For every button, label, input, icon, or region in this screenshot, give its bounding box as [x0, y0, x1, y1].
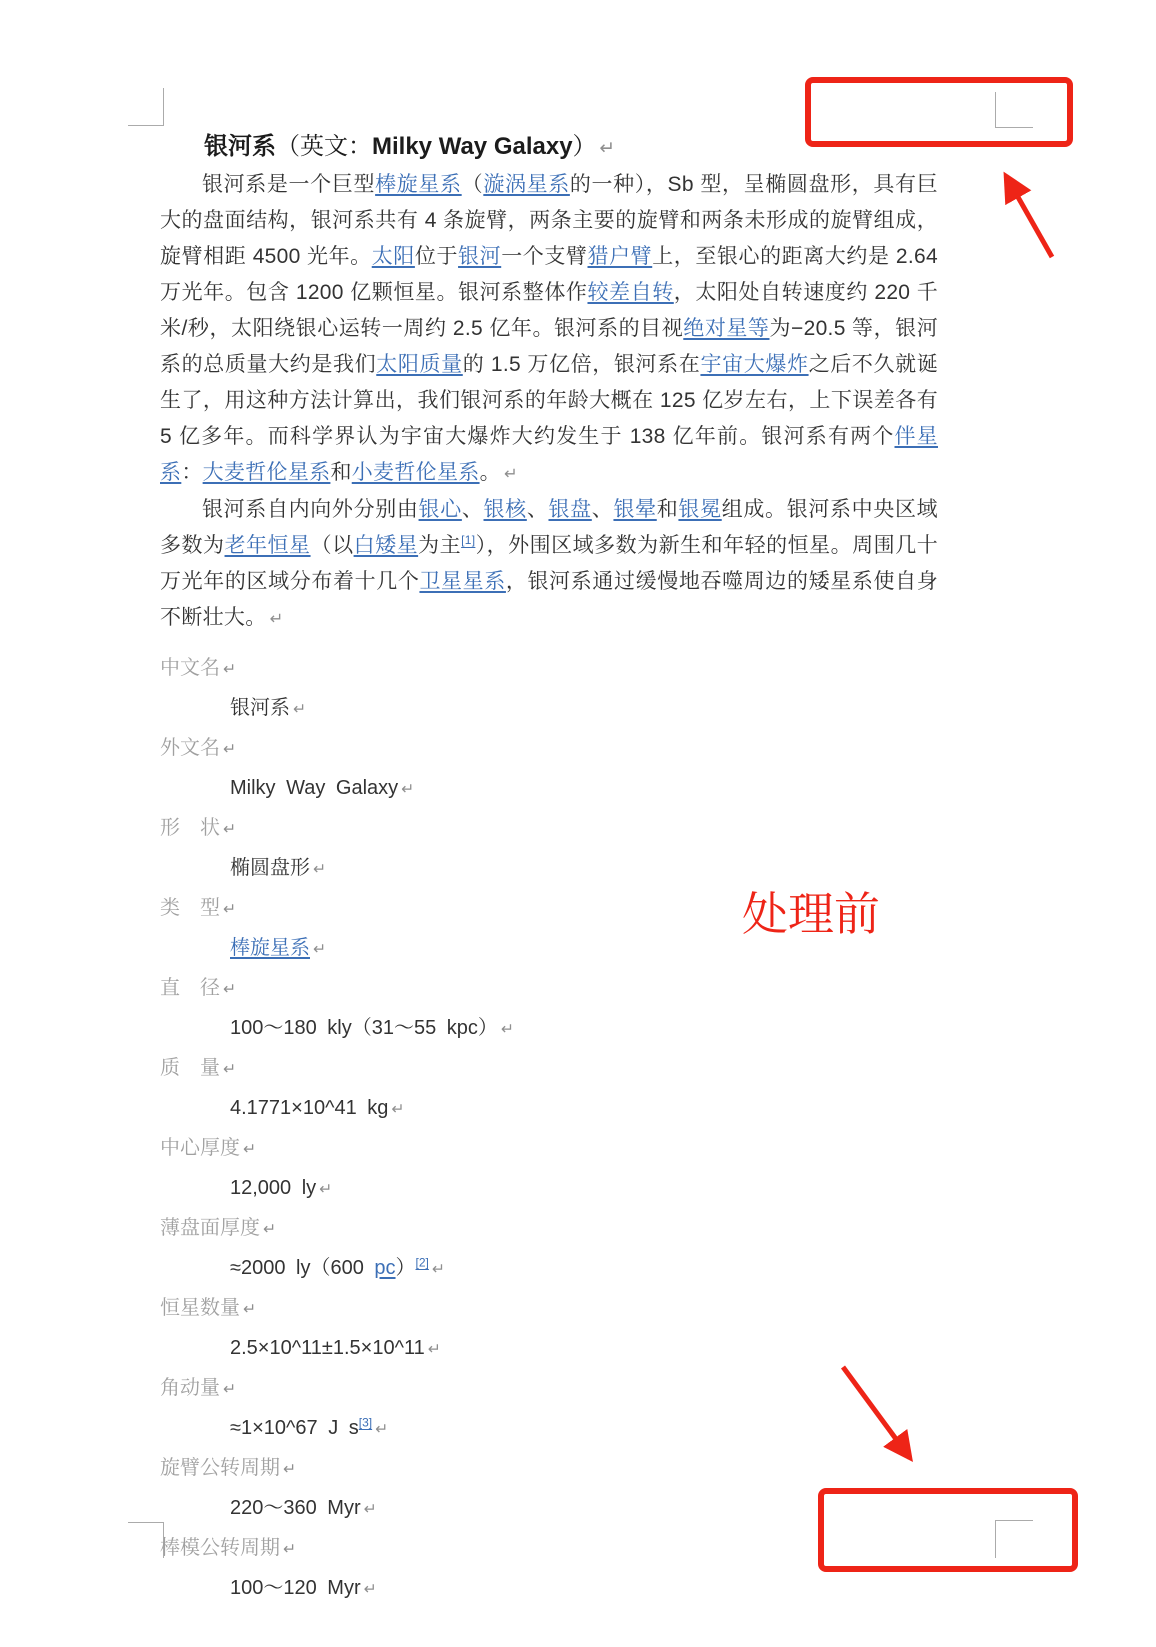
property-value: 12,000 ly [230, 1177, 316, 1199]
property-value-line: 100～120 Myr↵ [160, 1569, 938, 1609]
title-paren-open: （英文： [276, 133, 372, 160]
property-row: 直 径↵ 100～180 kly（31～55 kpc）↵ [160, 969, 938, 1049]
property-value-line: ≈2000 ly（600 pc）[2]↵ [160, 1249, 938, 1289]
property-label: 薄盘面厚度 [160, 1217, 260, 1239]
paragraph-mark: ↵ [364, 1501, 377, 1518]
property-row: 形 状↵ 椭圆盘形↵ [160, 809, 938, 889]
text-run: 4.1771×10^41 kg [230, 1097, 388, 1119]
text-boundary-mark-bottom-left [128, 1522, 164, 1558]
paragraph-mark: ↵ [432, 1261, 445, 1278]
property-value: ≈2000 ly（600 pc）[2] [230, 1257, 429, 1279]
property-label-line: 中文名↵ [160, 649, 938, 689]
paragraph-mark: ↵ [223, 901, 236, 918]
text-run: 100～180 kly（31～55 kpc） [230, 1017, 498, 1039]
text-run: ≈1×10^67 J s [230, 1417, 359, 1439]
property-label-line: 直 径↵ [160, 969, 938, 1009]
text-run: 银河系自内向外分别由 [202, 498, 419, 521]
paragraph-mark: ↵ [223, 1381, 236, 1398]
hyperlink[interactable]: 漩涡星系 [483, 173, 570, 196]
property-value: ≈1×10^67 J s[3] [230, 1417, 372, 1439]
text-run: ： [181, 461, 202, 484]
property-value-line: 椭圆盘形↵ [160, 849, 938, 889]
property-label-line: 薄盘面厚度↵ [160, 1209, 938, 1249]
paragraph-mark: ↵ [364, 1581, 377, 1598]
property-label-line: 角动量↵ [160, 1369, 938, 1409]
paragraph-mark: ↵ [223, 1061, 236, 1078]
property-label-line: 旋臂公转周期↵ [160, 1449, 938, 1489]
property-value: 4.1771×10^41 kg [230, 1097, 388, 1119]
property-label: 直 径 [160, 977, 220, 999]
property-row: 外文名↵ Milky Way Galaxy↵ [160, 729, 938, 809]
property-label: 中文名 [160, 657, 220, 679]
paragraph-mark: ↵ [263, 1221, 276, 1238]
hyperlink[interactable]: 小麦哲伦星系 [352, 461, 480, 484]
text-run: 220～360 Myr [230, 1497, 361, 1519]
text-run: 、 [592, 498, 614, 521]
property-value: 100～120 Myr [230, 1577, 361, 1599]
hyperlink[interactable]: 棒旋星系 [375, 173, 462, 196]
text-run: 和 [657, 498, 679, 521]
property-label: 形 状 [160, 817, 220, 839]
property-row: 恒星数量↵ 2.5×10^11±1.5×10^11↵ [160, 1289, 938, 1369]
word-document-page: 银河系（英文：Milky Way Galaxy）↵ 银河系是一个巨型棒旋星系（漩… [0, 0, 1156, 1647]
annotation-box-header [805, 77, 1073, 147]
property-value-line: Milky Way Galaxy↵ [160, 769, 938, 809]
property-label: 棒模公转周期 [160, 1537, 280, 1559]
property-label-line: 恒星数量↵ [160, 1289, 938, 1329]
property-value-line: 4.1771×10^41 kg↵ [160, 1089, 938, 1129]
text-run: 2.5×10^11±1.5×10^11 [230, 1337, 425, 1359]
hyperlink[interactable]: 猎户臂 [588, 245, 653, 268]
property-label: 质 量 [160, 1057, 220, 1079]
paragraph-mark: ↵ [428, 1341, 441, 1358]
hyperlink[interactable]: 太阳 [372, 245, 415, 268]
paragraph-mark: ↵ [391, 1101, 404, 1118]
title-paren-close: ） [573, 133, 597, 160]
property-label-line: 质 量↵ [160, 1049, 938, 1089]
property-list: 中文名↵ 银河系↵ 外文名↵ Milky Way Galaxy↵ 形 状↵ 椭圆… [160, 649, 938, 1609]
paragraph-mark: ↵ [223, 661, 236, 678]
property-label: 恒星数量 [160, 1297, 240, 1319]
hyperlink[interactable]: 大麦哲伦星系 [203, 461, 331, 484]
paragraph-mark: ↵ [270, 610, 284, 628]
property-label: 角动量 [160, 1377, 220, 1399]
hyperlink[interactable]: 银心 [419, 498, 462, 521]
paragraph-mark: ↵ [283, 1541, 296, 1558]
text-boundary-mark-top-left [128, 88, 164, 126]
paragraph-mark: ↵ [243, 1301, 256, 1318]
paragraph-mark: ↵ [319, 1181, 332, 1198]
hyperlink[interactable]: 老年恒星 [225, 534, 311, 557]
hyperlink[interactable]: 宇宙大爆炸 [700, 353, 808, 376]
property-label-line: 外文名↵ [160, 729, 938, 769]
hyperlink[interactable]: 银核 [484, 498, 527, 521]
paragraph: 银河系是一个巨型棒旋星系（漩涡星系的一种），Sb 型，呈椭圆盘形，具有巨大的盘面… [160, 167, 938, 492]
hyperlink[interactable]: 太阳质量 [376, 353, 463, 376]
paragraph-mark: ↵ [283, 1461, 296, 1478]
paragraph-mark: ↵ [313, 861, 326, 878]
property-row: 角动量↵ ≈1×10^67 J s[3]↵ [160, 1369, 938, 1449]
text-run: 椭圆盘形 [230, 857, 310, 879]
hyperlink[interactable]: pc [374, 1257, 395, 1279]
annotation-arrow-to-header-box [1006, 176, 1052, 257]
property-value: 银河系 [230, 697, 290, 719]
text-run: 。 [480, 461, 501, 484]
text-run: 和 [330, 461, 351, 484]
paragraph-text: 银河系是一个巨型棒旋星系（漩涡星系的一种），Sb 型，呈椭圆盘形，具有巨大的盘面… [160, 173, 938, 484]
text-run: （以 [311, 534, 354, 557]
property-value: 棒旋星系 [230, 937, 310, 959]
property-label: 类 型 [160, 897, 220, 919]
text-run: 、 [462, 498, 484, 521]
text-run: ） [396, 1257, 416, 1279]
text-run: 银河系 [230, 697, 290, 719]
property-value-line: 银河系↵ [160, 689, 938, 729]
property-label-line: 形 状↵ [160, 809, 938, 849]
property-value-line: 12,000 ly↵ [160, 1169, 938, 1209]
property-value-line: 2.5×10^11±1.5×10^11↵ [160, 1329, 938, 1369]
text-run: ≈2000 ly（600 [230, 1257, 374, 1279]
text-run: 一个支臂 [501, 245, 587, 268]
property-label: 中心厚度 [160, 1137, 240, 1159]
hyperlink[interactable]: 绝对星等 [683, 317, 769, 340]
hyperlink[interactable]: 棒旋星系 [230, 937, 310, 959]
property-value: 2.5×10^11±1.5×10^11 [230, 1337, 425, 1359]
paragraph-mark: ↵ [313, 941, 326, 958]
paragraph-mark: ↵ [504, 465, 518, 483]
paragraph-mark: ↵ [243, 1141, 256, 1158]
text-run: 的 1.5 万亿倍，银河系在 [463, 353, 701, 376]
hyperlink[interactable]: 较差自转 [587, 281, 673, 304]
footnote-ref[interactable]: [1] [461, 533, 475, 547]
text-run: 为主 [418, 534, 461, 557]
hyperlink[interactable]: 白矮星 [354, 534, 419, 557]
text-run: 100～120 Myr [230, 1577, 361, 1599]
hyperlink[interactable]: 银河 [458, 245, 501, 268]
property-row: 中心厚度↵ 12,000 ly↵ [160, 1129, 938, 1209]
property-value: 椭圆盘形 [230, 857, 310, 879]
property-row: 薄盘面厚度↵ ≈2000 ly（600 pc）[2]↵ [160, 1209, 938, 1289]
property-label: 外文名 [160, 737, 220, 759]
paragraph-mark: ↵ [600, 137, 616, 158]
footnote-ref[interactable]: [3] [359, 1415, 372, 1429]
title-chinese-name: 银河系 [204, 133, 276, 160]
paragraph-mark: ↵ [501, 1021, 514, 1038]
annotation-label-before: 处理前 [742, 888, 880, 940]
paragraph-mark: ↵ [223, 981, 236, 998]
footnote-ref[interactable]: [2] [416, 1255, 429, 1269]
hyperlink[interactable]: 卫星星系 [419, 570, 505, 593]
text-run: 12,000 ly [230, 1177, 316, 1199]
annotation-box-footer [818, 1488, 1078, 1572]
paragraph-mark: ↵ [401, 781, 414, 798]
property-row: 中文名↵ 银河系↵ [160, 649, 938, 729]
text-run: 位于 [415, 245, 458, 268]
paragraph-mark: ↵ [223, 741, 236, 758]
paragraph-mark: ↵ [293, 701, 306, 718]
property-row: 质 量↵ 4.1771×10^41 kg↵ [160, 1049, 938, 1129]
text-run: 银河系是一个巨型 [202, 173, 375, 196]
property-label-line: 中心厚度↵ [160, 1129, 938, 1169]
property-value: 100～180 kly（31～55 kpc） [230, 1017, 498, 1039]
document-body: 银河系（英文：Milky Way Galaxy）↵ 银河系是一个巨型棒旋星系（漩… [160, 128, 938, 1609]
property-label: 旋臂公转周期 [160, 1457, 280, 1479]
property-value: 220～360 Myr [230, 1497, 361, 1519]
property-value-line: ≈1×10^67 J s[3]↵ [160, 1409, 938, 1449]
text-run: （ [462, 173, 484, 196]
hyperlink[interactable]: 银盘 [548, 498, 591, 521]
paragraph: 银河系自内向外分别由银心、银核、银盘、银晕和银冕组成。银河系中央区域多数为老年恒… [160, 492, 938, 637]
property-value-line: 100～180 kly（31～55 kpc）↵ [160, 1009, 938, 1049]
text-run: Milky Way Galaxy [230, 777, 398, 799]
hyperlink[interactable]: 银冕 [678, 498, 721, 521]
paragraph-mark: ↵ [223, 821, 236, 838]
text-run: 、 [527, 498, 549, 521]
property-value: Milky Way Galaxy [230, 777, 398, 799]
hyperlink[interactable]: 银晕 [613, 498, 656, 521]
paragraph-mark: ↵ [375, 1421, 388, 1438]
title-english-name: Milky Way Galaxy [372, 133, 573, 160]
